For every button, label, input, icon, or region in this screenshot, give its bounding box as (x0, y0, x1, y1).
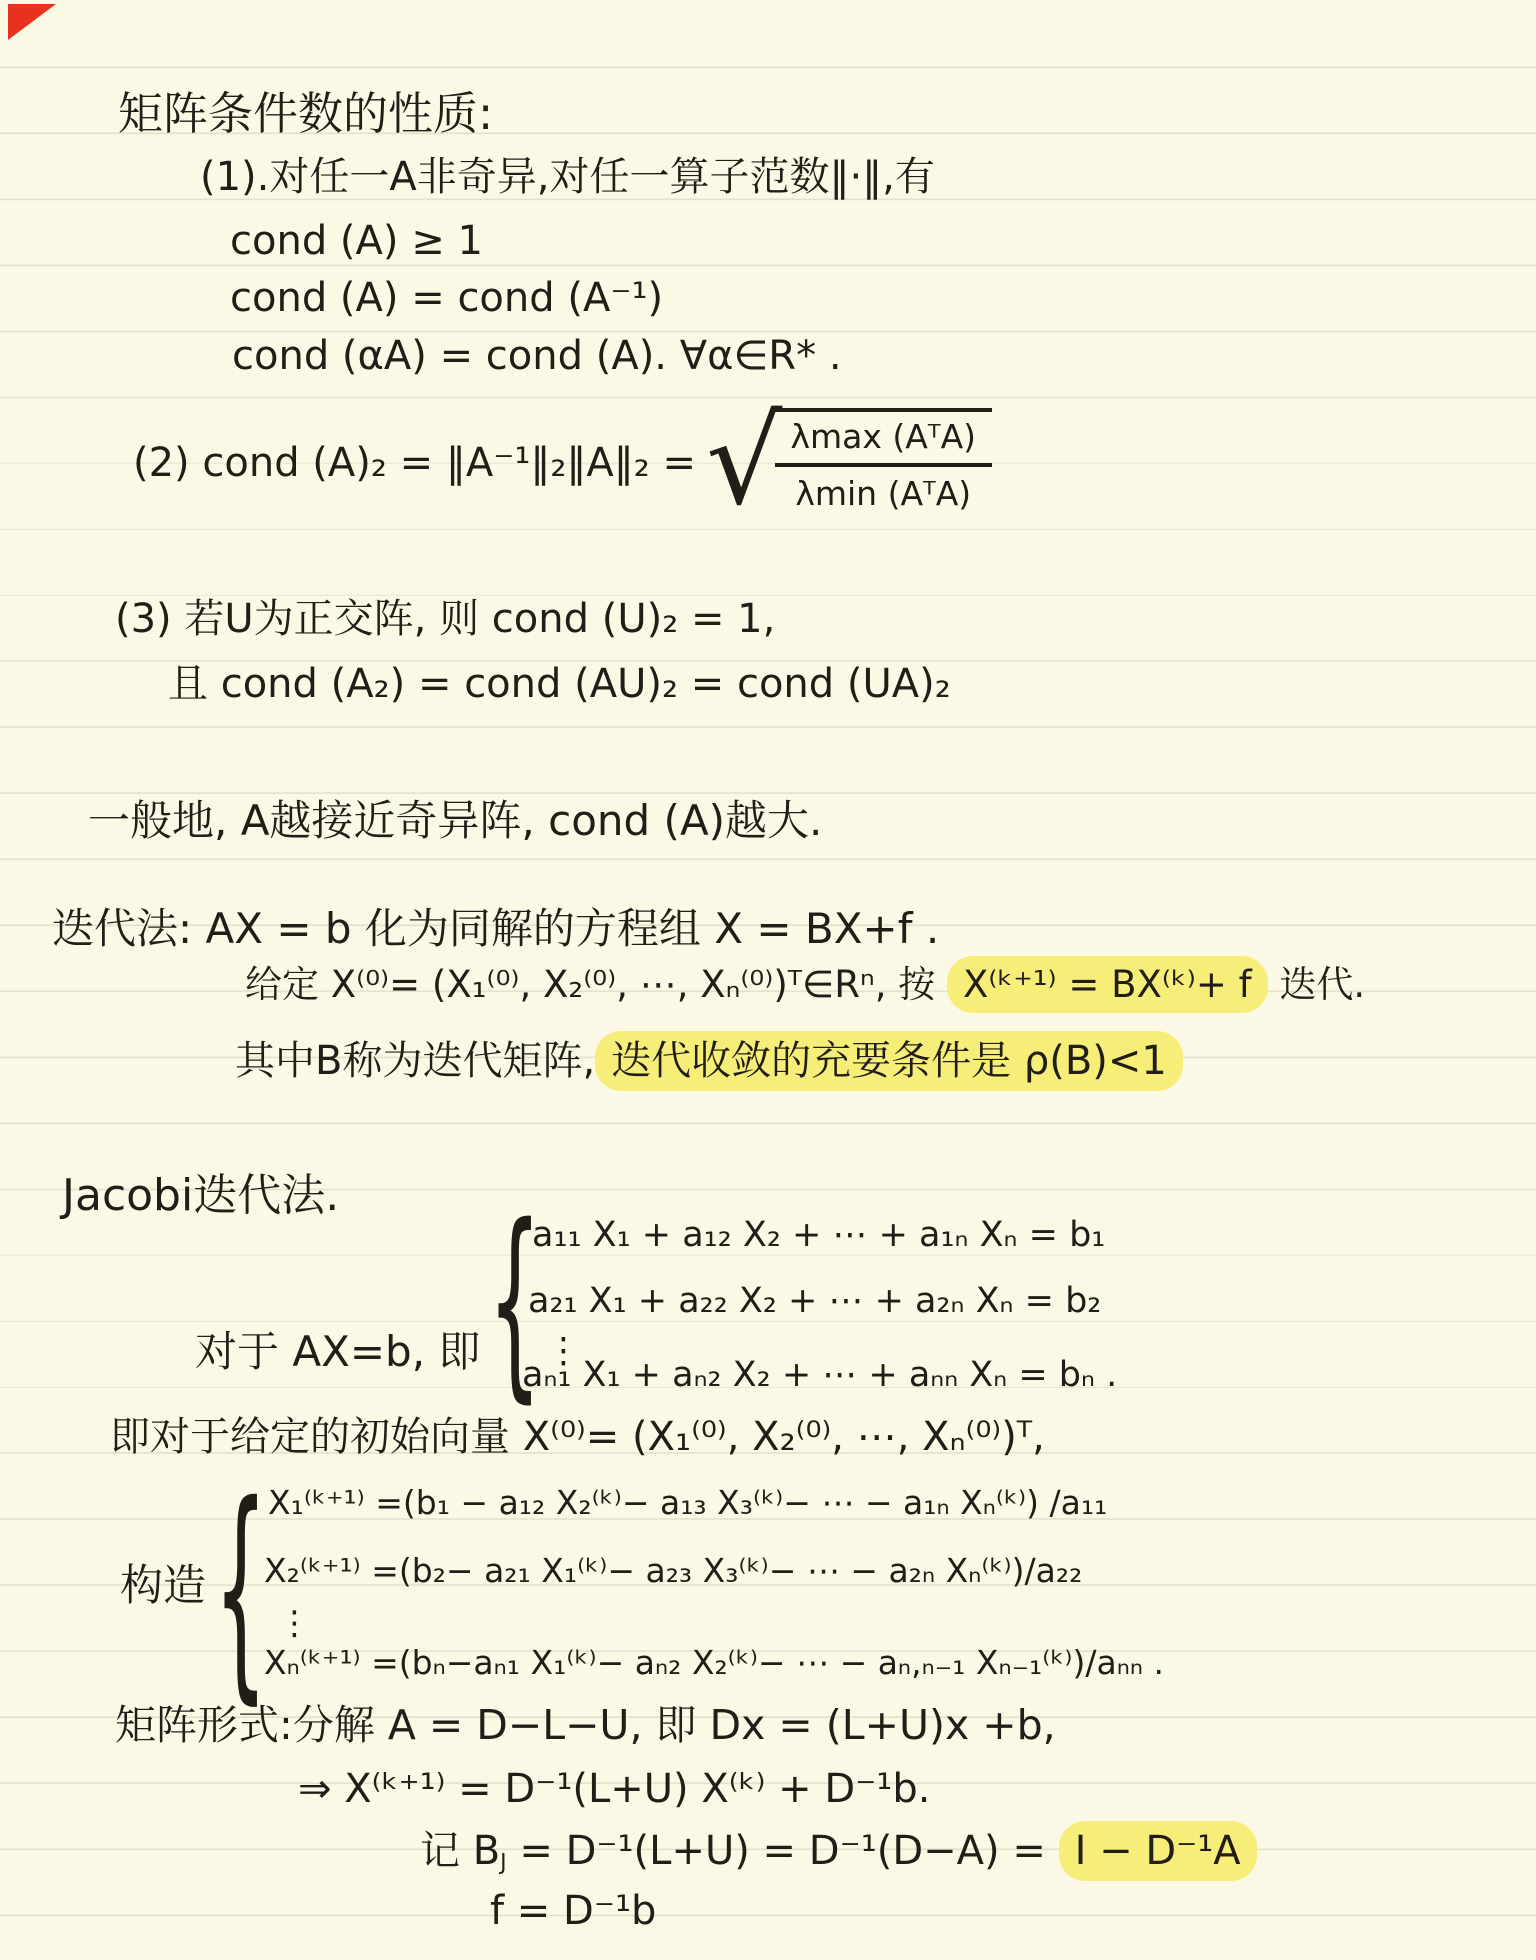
iteration-initial-vector-line: 给定 X⁽⁰⁾= (X₁⁽⁰⁾, X₂⁽⁰⁾, ⋯, Xₙ⁽⁰⁾)ᵀ∈Rⁿ, 按… (245, 962, 1365, 1008)
jacobi-intro: 对于 AX=b, 即 (195, 1326, 480, 1379)
property-3-line-2: 且 cond (A₂) = cond (AU)₂ = cond (UA)₂ (168, 659, 951, 709)
property-2-equation: (2) cond (A)₂ = ‖A⁻¹‖₂‖A‖₂ = √ λmax (AᵀA… (133, 408, 992, 518)
iteration-matrix-text: 其中B称为迭代矩阵, (235, 1038, 595, 1084)
construct-left-brace: { (214, 1474, 267, 1705)
matrix-form-line-4: f = D⁻¹b (490, 1886, 656, 1936)
property-1-eq-cond-geq-1: cond (A) ≥ 1 (230, 216, 483, 266)
iteration-formula-highlight: X⁽ᵏ⁺¹⁾ = BX⁽ᵏ⁾+ f (947, 956, 1268, 1013)
singularity-remark: 一般地, A越接近奇异阵, cond (A)越大. (88, 795, 822, 848)
construct-equation-1: X₁⁽ᵏ⁺¹⁾ =(b₁ − a₁₂ X₂⁽ᵏ⁾− a₁₃ X₃⁽ᵏ⁾− ⋯ −… (268, 1482, 1107, 1523)
jacobi-section-title: Jacobi迭代法. (62, 1168, 339, 1223)
matrix-form-line-3: 记 BJ = D⁻¹(L+U) = D⁻¹(D−A) = I − D⁻¹A (420, 1826, 1257, 1877)
iteration-given-text: 给定 X⁽⁰⁾= (X₁⁽⁰⁾, X₂⁽⁰⁾, ⋯, Xₙ⁽⁰⁾)ᵀ∈Rⁿ, 按 (245, 963, 947, 1006)
property-3-line-1: (3) 若U为正交阵, 则 cond (U)₂ = 1, (115, 594, 775, 644)
property-1-eq-cond-scalar: cond (αA) = cond (A). ∀α∈R* . (232, 331, 842, 381)
bj-equality-chain: = D⁻¹(L+U) = D⁻¹(D−A) = (507, 1828, 1059, 1874)
page-corner-fold (8, 4, 56, 40)
convergence-condition-highlight: 迭代收敛的充要条件是 ρ(B)<1 (595, 1031, 1183, 1091)
radical-sign: √ (706, 408, 782, 518)
bj-result-highlight: I − D⁻¹A (1059, 1821, 1257, 1881)
system-equation-2: a₂₁ X₁ + a₂₂ X₂ + ⋯ + a₂ₙ Xₙ = b₂ (528, 1280, 1101, 1324)
matrix-form-line-2: ⇒ X⁽ᵏ⁺¹⁾ = D⁻¹(L+U) X⁽ᵏ⁾ + D⁻¹b. (298, 1764, 930, 1814)
construct-label: 构造 (120, 1560, 206, 1614)
convergence-condition-line: 其中B称为迭代矩阵,迭代收敛的充要条件是 ρ(B)<1 (235, 1036, 1183, 1086)
eigenvalue-fraction: λmax (AᵀA) λmin (AᵀA) (775, 408, 993, 515)
construct-equation-2: X₂⁽ᵏ⁺¹⁾ =(b₂− a₂₁ X₁⁽ᵏ⁾− a₂₃ X₃⁽ᵏ⁾− ⋯ − … (264, 1550, 1082, 1591)
iteration-tail-text: 迭代. (1268, 963, 1366, 1006)
page-title: 矩阵条件数的性质: (118, 86, 493, 142)
square-root-expression: √ λmax (AᵀA) λmin (AᵀA) (706, 408, 992, 518)
construct-vertical-dots: ⋮ (278, 1602, 311, 1643)
construct-equation-n: Xₙ⁽ᵏ⁺¹⁾ =(bₙ−aₙ₁ X₁⁽ᵏ⁾− aₙ₂ X₂⁽ᵏ⁾− ⋯ − a… (264, 1642, 1164, 1683)
fraction-denominator: λmin (AᵀA) (775, 467, 993, 514)
system-equation-n: aₙ₁ X₁ + aₙ₂ X₂ + ⋯ + aₙₙ Xₙ = bₙ . (522, 1354, 1117, 1398)
bj-prefix: 记 B (420, 1828, 500, 1874)
property-2-lhs: (2) cond (A)₂ = ‖A⁻¹‖₂‖A‖₂ = (133, 438, 696, 488)
iteration-method-intro: 迭代法: AX = b 化为同解的方程组 X = BX+f . (52, 903, 939, 956)
property-1-eq-cond-inverse: cond (A) = cond (A⁻¹) (230, 273, 663, 323)
matrix-form-line-1: 矩阵形式:分解 A = D−L−U, 即 Dx = (L+U)x +b, (115, 1700, 1056, 1751)
system-equation-1: a₁₁ X₁ + a₁₂ X₂ + ⋯ + a₁ₙ Xₙ = b₁ (532, 1214, 1105, 1258)
notebook-page: 矩阵条件数的性质: (1).对任一A非奇异,对任一算子范数‖·‖,有 cond … (0, 0, 1536, 1960)
fraction-numerator: λmax (AᵀA) (775, 416, 993, 467)
property-1-heading: (1).对任一A非奇异,对任一算子范数‖·‖,有 (200, 152, 935, 202)
